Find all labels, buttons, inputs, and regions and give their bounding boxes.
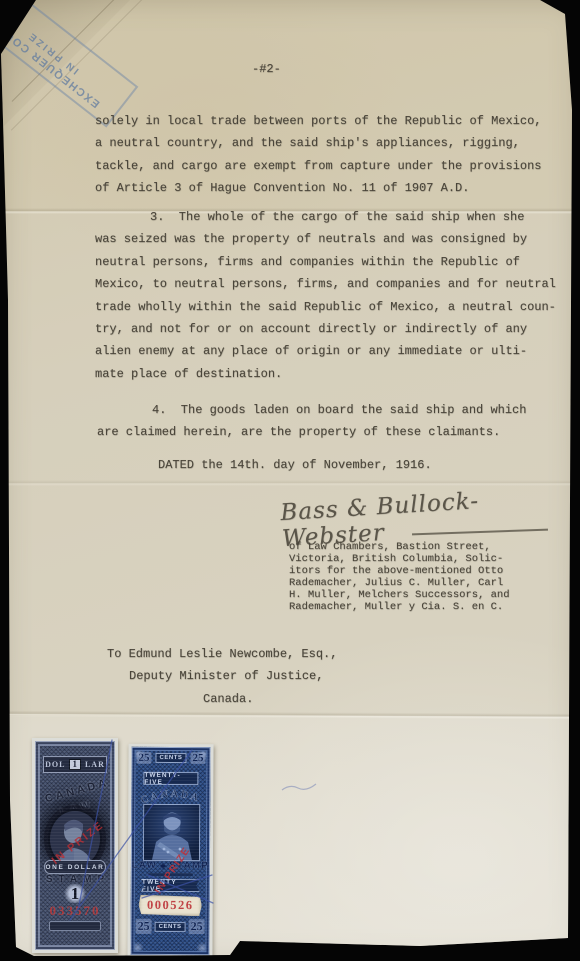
typed-line: Deputy Minister of Justice, xyxy=(107,665,337,687)
twenty-five-banner: TWENTY-FIVE xyxy=(143,772,198,785)
typed-line: a neutral country, and the said ship's a… xyxy=(95,132,541,154)
typed-line: alien enemy at any place of origin or an… xyxy=(95,340,556,362)
top-cents-label: CENTS xyxy=(156,753,187,763)
typed-line: Canada. xyxy=(107,688,337,710)
dollar-numeral: 1 xyxy=(35,884,115,904)
typed-line: of Article 3 of Hague Convention No. 11 … xyxy=(95,177,541,199)
typed-line: neutral persons, firms and companies wit… xyxy=(95,251,556,273)
typed-line: Rademacher, Muller y Cia. S. en C. xyxy=(289,602,510,614)
dollar-serial-number: 033570 xyxy=(35,903,115,919)
twenty-five-stamp-design: 25 CENTS 25 TWENTY-FIVE CANADA xyxy=(130,747,210,955)
dollar-top-tablet: DOL 1 LAR xyxy=(43,756,107,773)
top-left-value: 25 xyxy=(136,752,151,764)
top-right-value: 25 xyxy=(190,752,205,764)
one-dollar-stamp-design: DOL 1 LAR CANADA LAW ONE DOLLAR ST xyxy=(35,741,115,950)
twenty-five-top-row: 25 CENTS 25 xyxy=(136,752,205,764)
typed-line: To Edmund Leslie Newcombe, Esq., xyxy=(107,643,337,665)
one-dollar-law-stamp: DOL 1 LAR CANADA LAW ONE DOLLAR ST xyxy=(32,738,118,953)
typed-line: solely in local trade between ports of t… xyxy=(95,110,541,132)
paragraph-continuation: solely in local trade between ports of t… xyxy=(95,110,541,200)
typed-line: H. Muller, Melchers Successors, and xyxy=(289,590,510,602)
ornament-diamond-icon xyxy=(160,863,166,869)
typed-line: 4. The goods laden on board the said shi… xyxy=(97,399,526,421)
typed-line: trade wholly within the said Republic of… xyxy=(95,296,556,318)
bottom-cents-label: CENTS xyxy=(155,921,186,931)
law-word: LAW xyxy=(132,860,158,871)
typed-line: mate place of destination. xyxy=(95,363,556,385)
dated-line: DATED the 14th. day of November, 1916. xyxy=(158,458,432,472)
attribution-block: of Law Chambers, Bastion Street, Victori… xyxy=(289,542,510,613)
paragraph-4: 4. The goods laden on board the said shi… xyxy=(97,399,526,444)
page-number: -#2- xyxy=(252,62,281,76)
typed-line: are claimed herein, are the property of … xyxy=(97,421,526,443)
typed-line: Mexico, to neutral persons, firms, and c… xyxy=(95,273,556,295)
typed-line: try, and not for or on account directly … xyxy=(95,318,556,340)
twenty-five-cent-law-stamp: 25 CENTS 25 TWENTY-FIVE CANADA xyxy=(127,744,213,958)
typed-line: itors for the above-mentioned Otto xyxy=(289,566,510,578)
dollar-series-banner xyxy=(49,921,101,931)
typed-line: was seized was the property of neutrals … xyxy=(95,228,556,250)
bottom-right-value: 25 xyxy=(189,919,205,934)
typed-line: Rademacher, Julius C. Muller, Carl xyxy=(289,578,510,590)
addressee-block: To Edmund Leslie Newcombe, Esq., Deputy … xyxy=(107,643,337,710)
bottom-left-value: 25 xyxy=(136,919,152,934)
typed-line: 3. The whole of the cargo of the said sh… xyxy=(95,206,556,228)
dollar-word-right: LAR xyxy=(85,760,105,769)
dollar-top-numeral: 1 xyxy=(69,759,81,770)
fold-crease-2 xyxy=(0,480,580,486)
document-page: EXCHEQUER COURT IN PRIZE -#2- solely in … xyxy=(0,0,580,961)
twenty-five-bottom-row: 25 CENTS 25 xyxy=(136,919,205,934)
typed-line: tackle, and cargo are exempt from captur… xyxy=(95,155,541,177)
paragraph-3: 3. The whole of the cargo of the said sh… xyxy=(95,206,556,385)
dollar-word-left: DOL xyxy=(45,760,65,769)
photograph-background: EXCHEQUER COURT IN PRIZE -#2- solely in … xyxy=(0,0,580,961)
